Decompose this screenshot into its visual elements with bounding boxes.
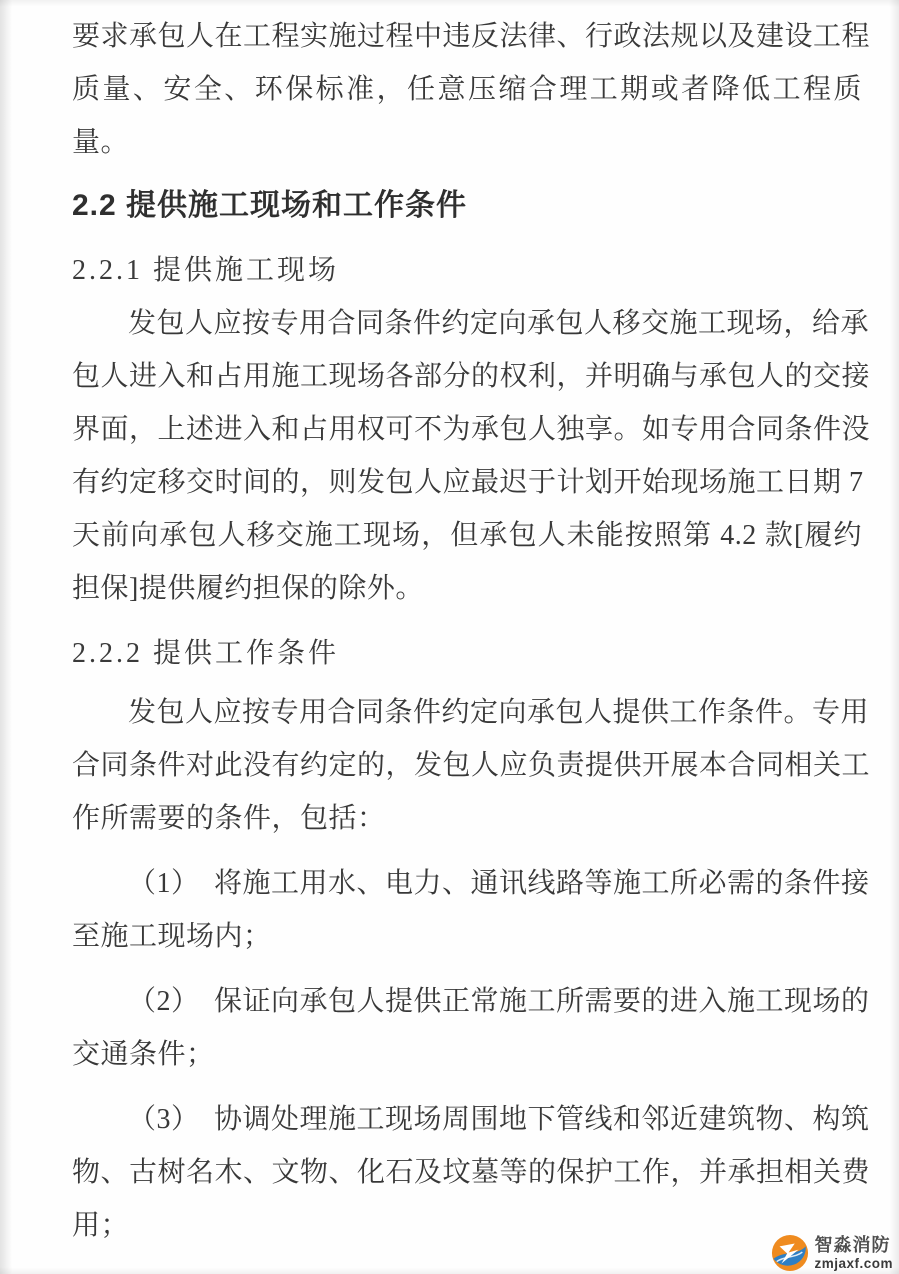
text-line: 发包人应按专用合同条件约定向承包人移交施工现场，给承 xyxy=(72,297,862,350)
list-item-2: （2） 保证向承包人提供正常施工所需要的进入施工现场的 交通条件； xyxy=(72,975,862,1081)
document-page: 要求承包人在工程实施过程中违反法律、行政法规以及建设工程 质量、安全、环保标准，… xyxy=(0,0,899,1274)
paragraph-2-2-1: 发包人应按专用合同条件约定向承包人移交施工现场，给承 包人进入和占用施工现场各部… xyxy=(72,297,862,615)
watermark-text: 智淼消防 zmjaxf.com xyxy=(814,1236,893,1271)
text-line: （2） 保证向承包人提供正常施工所需要的进入施工现场的 xyxy=(72,975,862,1028)
heading-section-2-2: 2.2 提供施工现场和工作条件 xyxy=(72,179,862,232)
watermark-domain: zmjaxf.com xyxy=(814,1257,893,1271)
text-line: 界面，上述进入和占用权可不为承包人独享。如专用合同条件没 xyxy=(72,403,862,456)
list-item-3: （3） 协调处理施工现场周围地下管线和邻近建筑物、构筑 物、古树名木、文物、化石… xyxy=(72,1093,862,1252)
text-line: 质量、安全、环保标准，任意压缩合理工期或者降低工程质量。 xyxy=(72,63,862,169)
text-line: 合同条件对此没有约定的，发包人应负责提供开展本合同相关工 xyxy=(72,739,862,792)
watermark-logo-block: 智淼消防 zmjaxf.com xyxy=(771,1234,893,1272)
watermark-brand-name: 智淼消防 xyxy=(814,1236,893,1254)
text-line: 有约定移交时间的，则发包人应最迟于计划开始现场施工日期 7 xyxy=(72,456,862,509)
paragraph-2-2-2: 发包人应按专用合同条件约定向承包人提供工作条件。专用 合同条件对此没有约定的，发… xyxy=(72,686,862,845)
text-line: 包人进入和占用施工现场各部分的权利，并明确与承包人的交接 xyxy=(72,350,862,403)
text-line: 交通条件； xyxy=(72,1028,862,1081)
text-line: 担保]提供履约担保的除外。 xyxy=(72,562,862,615)
text-line: （1） 将施工用水、电力、通讯线路等施工所必需的条件接 xyxy=(72,857,862,910)
heading-section-2-2-1: 2.2.1 提供施工现场 xyxy=(72,244,862,297)
text-line: 要求承包人在工程实施过程中违反法律、行政法规以及建设工程 xyxy=(72,10,862,63)
heading-section-2-2-2: 2.2.2 提供工作条件 xyxy=(72,627,862,680)
text-line: 天前向承包人移交施工现场，但承包人未能按照第 4.2 款[履约 xyxy=(72,509,862,562)
text-line: 物、古树名木、文物、化石及坟墓等的保护工作，并承担相关费 xyxy=(72,1146,862,1199)
list-item-1: （1） 将施工用水、电力、通讯线路等施工所必需的条件接 至施工现场内； xyxy=(72,857,862,963)
text-line: 用； xyxy=(72,1199,862,1252)
text-line: 作所需要的条件，包括： xyxy=(72,792,862,845)
document-content: 要求承包人在工程实施过程中违反法律、行政法规以及建设工程 质量、安全、环保标准，… xyxy=(72,10,862,1252)
zhimiao-fire-logo-icon xyxy=(771,1234,809,1272)
text-line: （3） 协调处理施工现场周围地下管线和邻近建筑物、构筑 xyxy=(72,1093,862,1146)
paragraph-intro-continuation: 要求承包人在工程实施过程中违反法律、行政法规以及建设工程 质量、安全、环保标准，… xyxy=(72,10,862,169)
text-line: 发包人应按专用合同条件约定向承包人提供工作条件。专用 xyxy=(72,686,862,739)
text-line: 至施工现场内； xyxy=(72,910,862,963)
